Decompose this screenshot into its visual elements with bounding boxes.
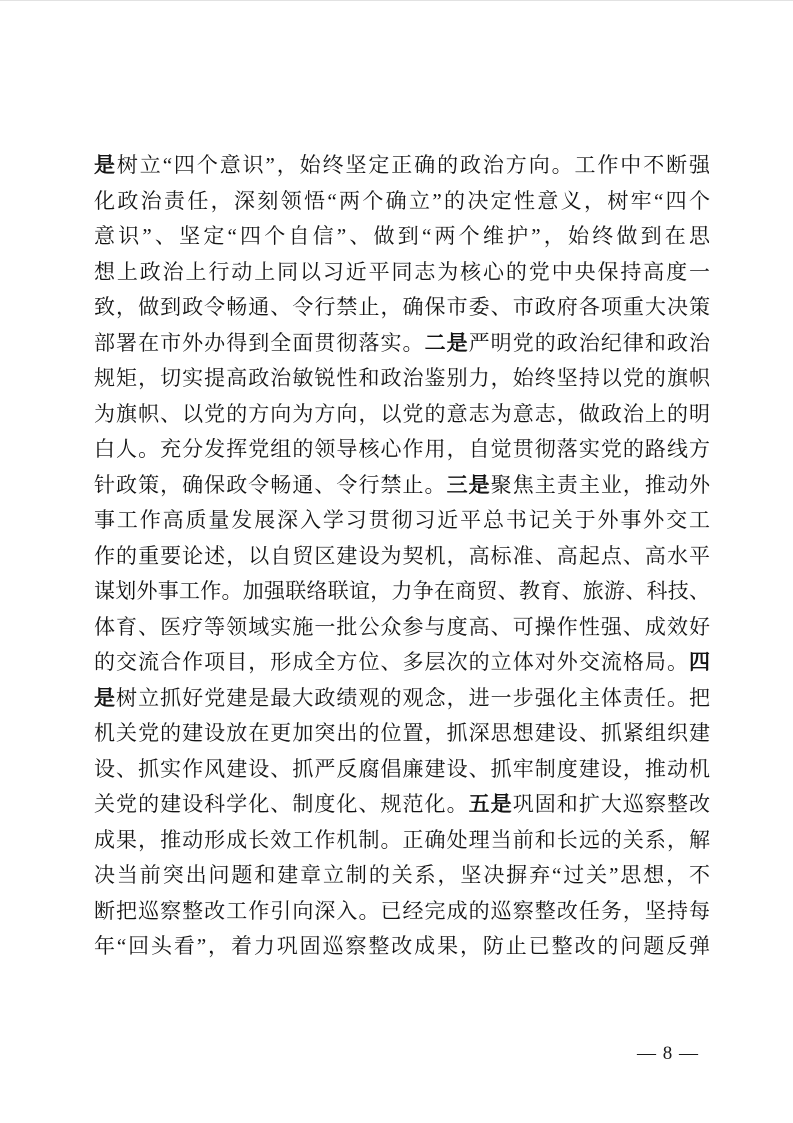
emphasis-text: 二是 [425,331,469,355]
text-segment: 针政策，确保政令畅通、令行禁止。 [94,473,447,497]
text-line: 事工作高质量发展深入学习贯彻习近平总书记关于外事外交工 [94,503,710,539]
text-line: 是树立“四个意识”，始终坚定正确的政治方向。工作中不断强 [94,148,710,184]
text-segment: 年“回头看”，着力巩固巡察整改成果，防止已整改的问题反弹 [94,934,710,958]
text-segment: 想上政治上行动上同以习近平同志为核心的党中央保持高度一 [94,260,710,284]
text-segment: 部署在市外办得到全面贯彻落实。 [94,331,425,355]
text-line: 设、抓实作风建设、抓严反腐倡廉建设、抓牢制度建设，推动机 [94,752,710,788]
text-line: 为旗帜、以党的方向为方向，以党的意志为意志，做政治上的明 [94,397,710,433]
text-segment: 意识”、坚定“四个自信”、做到“两个维护”，始终做到在思 [94,224,710,248]
text-line: 意识”、坚定“四个自信”、做到“两个维护”，始终做到在思 [94,219,710,255]
text-segment: 成果，推动形成长效工作机制。正确处理当前和长远的关系，解 [94,828,710,852]
text-line: 想上政治上行动上同以习近平同志为核心的党中央保持高度一 [94,255,710,291]
text-segment: 作的重要论述，以自贸区建设为契机，高标准、高起点、高水平 [94,544,710,568]
text-line: 谋划外事工作。加强联络联谊，力争在商贸、教育、旅游、科技、 [94,574,710,610]
text-line: 规矩，切实提高政治敏锐性和政治鉴别力，始终坚持以党的旗帜 [94,361,710,397]
text-segment: 事工作高质量发展深入学习贯彻习近平总书记关于外事外交工 [94,508,710,532]
text-line: 针政策，确保政令畅通、令行禁止。三是聚焦主责主业，推动外 [94,468,710,504]
document-page: 是树立“四个意识”，始终坚定正确的政治方向。工作中不断强化政治责任，深刻领悟“两… [0,0,793,1123]
text-segment: 巩固和扩大巡察整改 [513,792,710,816]
text-line: 体育、医疗等领域实施一批公众参与度高、可操作性强、成效好 [94,610,710,646]
emphasis-text: 三是 [447,473,491,497]
text-segment: 谋划外事工作。加强联络联谊，力争在商贸、教育、旅游、科技、 [94,579,710,603]
text-segment: 决当前突出问题和建章立制的关系，坚决摒弃“过关”思想，不 [94,863,710,887]
text-segment: 化政治责任，深刻领悟“两个确立”的决定性意义，树牢“四个 [94,189,710,213]
text-line: 的交流合作项目，形成全方位、多层次的立体对外交流格局。四 [94,645,710,681]
text-segment: 规矩，切实提高政治敏锐性和政治鉴别力，始终坚持以党的旗帜 [94,366,710,390]
text-segment: 严明党的政治纪律和政治 [469,331,710,355]
emphasis-text: 五是 [469,792,513,816]
text-line: 关党的建设科学化、制度化、规范化。五是巩固和扩大巡察整改 [94,787,710,823]
text-line: 白人。充分发挥党组的领导核心作用，自觉贯彻落实党的路线方 [94,432,710,468]
text-line: 部署在市外办得到全面贯彻落实。二是严明党的政治纪律和政治 [94,326,710,362]
text-segment: 关党的建设科学化、制度化、规范化。 [94,792,469,816]
text-line: 是树立抓好党建是最大政绩观的观念，进一步强化主体责任。把 [94,681,710,717]
emphasis-text: 四 [689,650,710,674]
text-segment: 断把巡察整改工作引向深入。已经完成的巡察整改任务，坚持每 [94,899,710,923]
text-segment: 致，做到政令畅通、令行禁止，确保市委、市政府各项重大决策 [94,295,710,319]
text-segment: 聚焦主责主业，推动外 [491,473,710,497]
text-segment: 树立抓好党建是最大政绩观的观念，进一步强化主体责任。把 [116,686,710,710]
text-segment: 的交流合作项目，形成全方位、多层次的立体对外交流格局。 [94,650,689,674]
text-segment: 设、抓实作风建设、抓严反腐倡廉建设、抓牢制度建设，推动机 [94,757,710,781]
text-line: 致，做到政令畅通、令行禁止，确保市委、市政府各项重大决策 [94,290,710,326]
emphasis-text: 是 [94,153,117,177]
text-line: 断把巡察整改工作引向深入。已经完成的巡察整改任务，坚持每 [94,894,710,930]
emphasis-text: 是 [94,686,116,710]
text-segment: 为旗帜、以党的方向为方向，以党的意志为意志，做政治上的明 [94,402,710,426]
text-segment: 体育、医疗等领域实施一批公众参与度高、可操作性强、成效好 [94,615,710,639]
text-line: 化政治责任，深刻领悟“两个确立”的决定性意义，树牢“四个 [94,184,710,220]
text-line: 年“回头看”，着力巩固巡察整改成果，防止已整改的问题反弹 [94,929,710,965]
text-segment: 树立“四个意识”，始终坚定正确的政治方向。工作中不断强 [117,153,710,177]
text-segment: 机关党的建设放在更加突出的位置，抓深思想建设、抓紧组织建 [94,721,710,745]
text-line: 成果，推动形成长效工作机制。正确处理当前和长远的关系，解 [94,823,710,859]
page-number: — 8 — [628,1043,708,1065]
document-body: 是树立“四个意识”，始终坚定正确的政治方向。工作中不断强化政治责任，深刻领悟“两… [94,148,710,965]
text-line: 机关党的建设放在更加突出的位置，抓深思想建设、抓紧组织建 [94,716,710,752]
text-segment: 白人。充分发挥党组的领导核心作用，自觉贯彻落实党的路线方 [94,437,710,461]
text-line: 作的重要论述，以自贸区建设为契机，高标准、高起点、高水平 [94,539,710,575]
text-line: 决当前突出问题和建章立制的关系，坚决摒弃“过关”思想，不 [94,858,710,894]
